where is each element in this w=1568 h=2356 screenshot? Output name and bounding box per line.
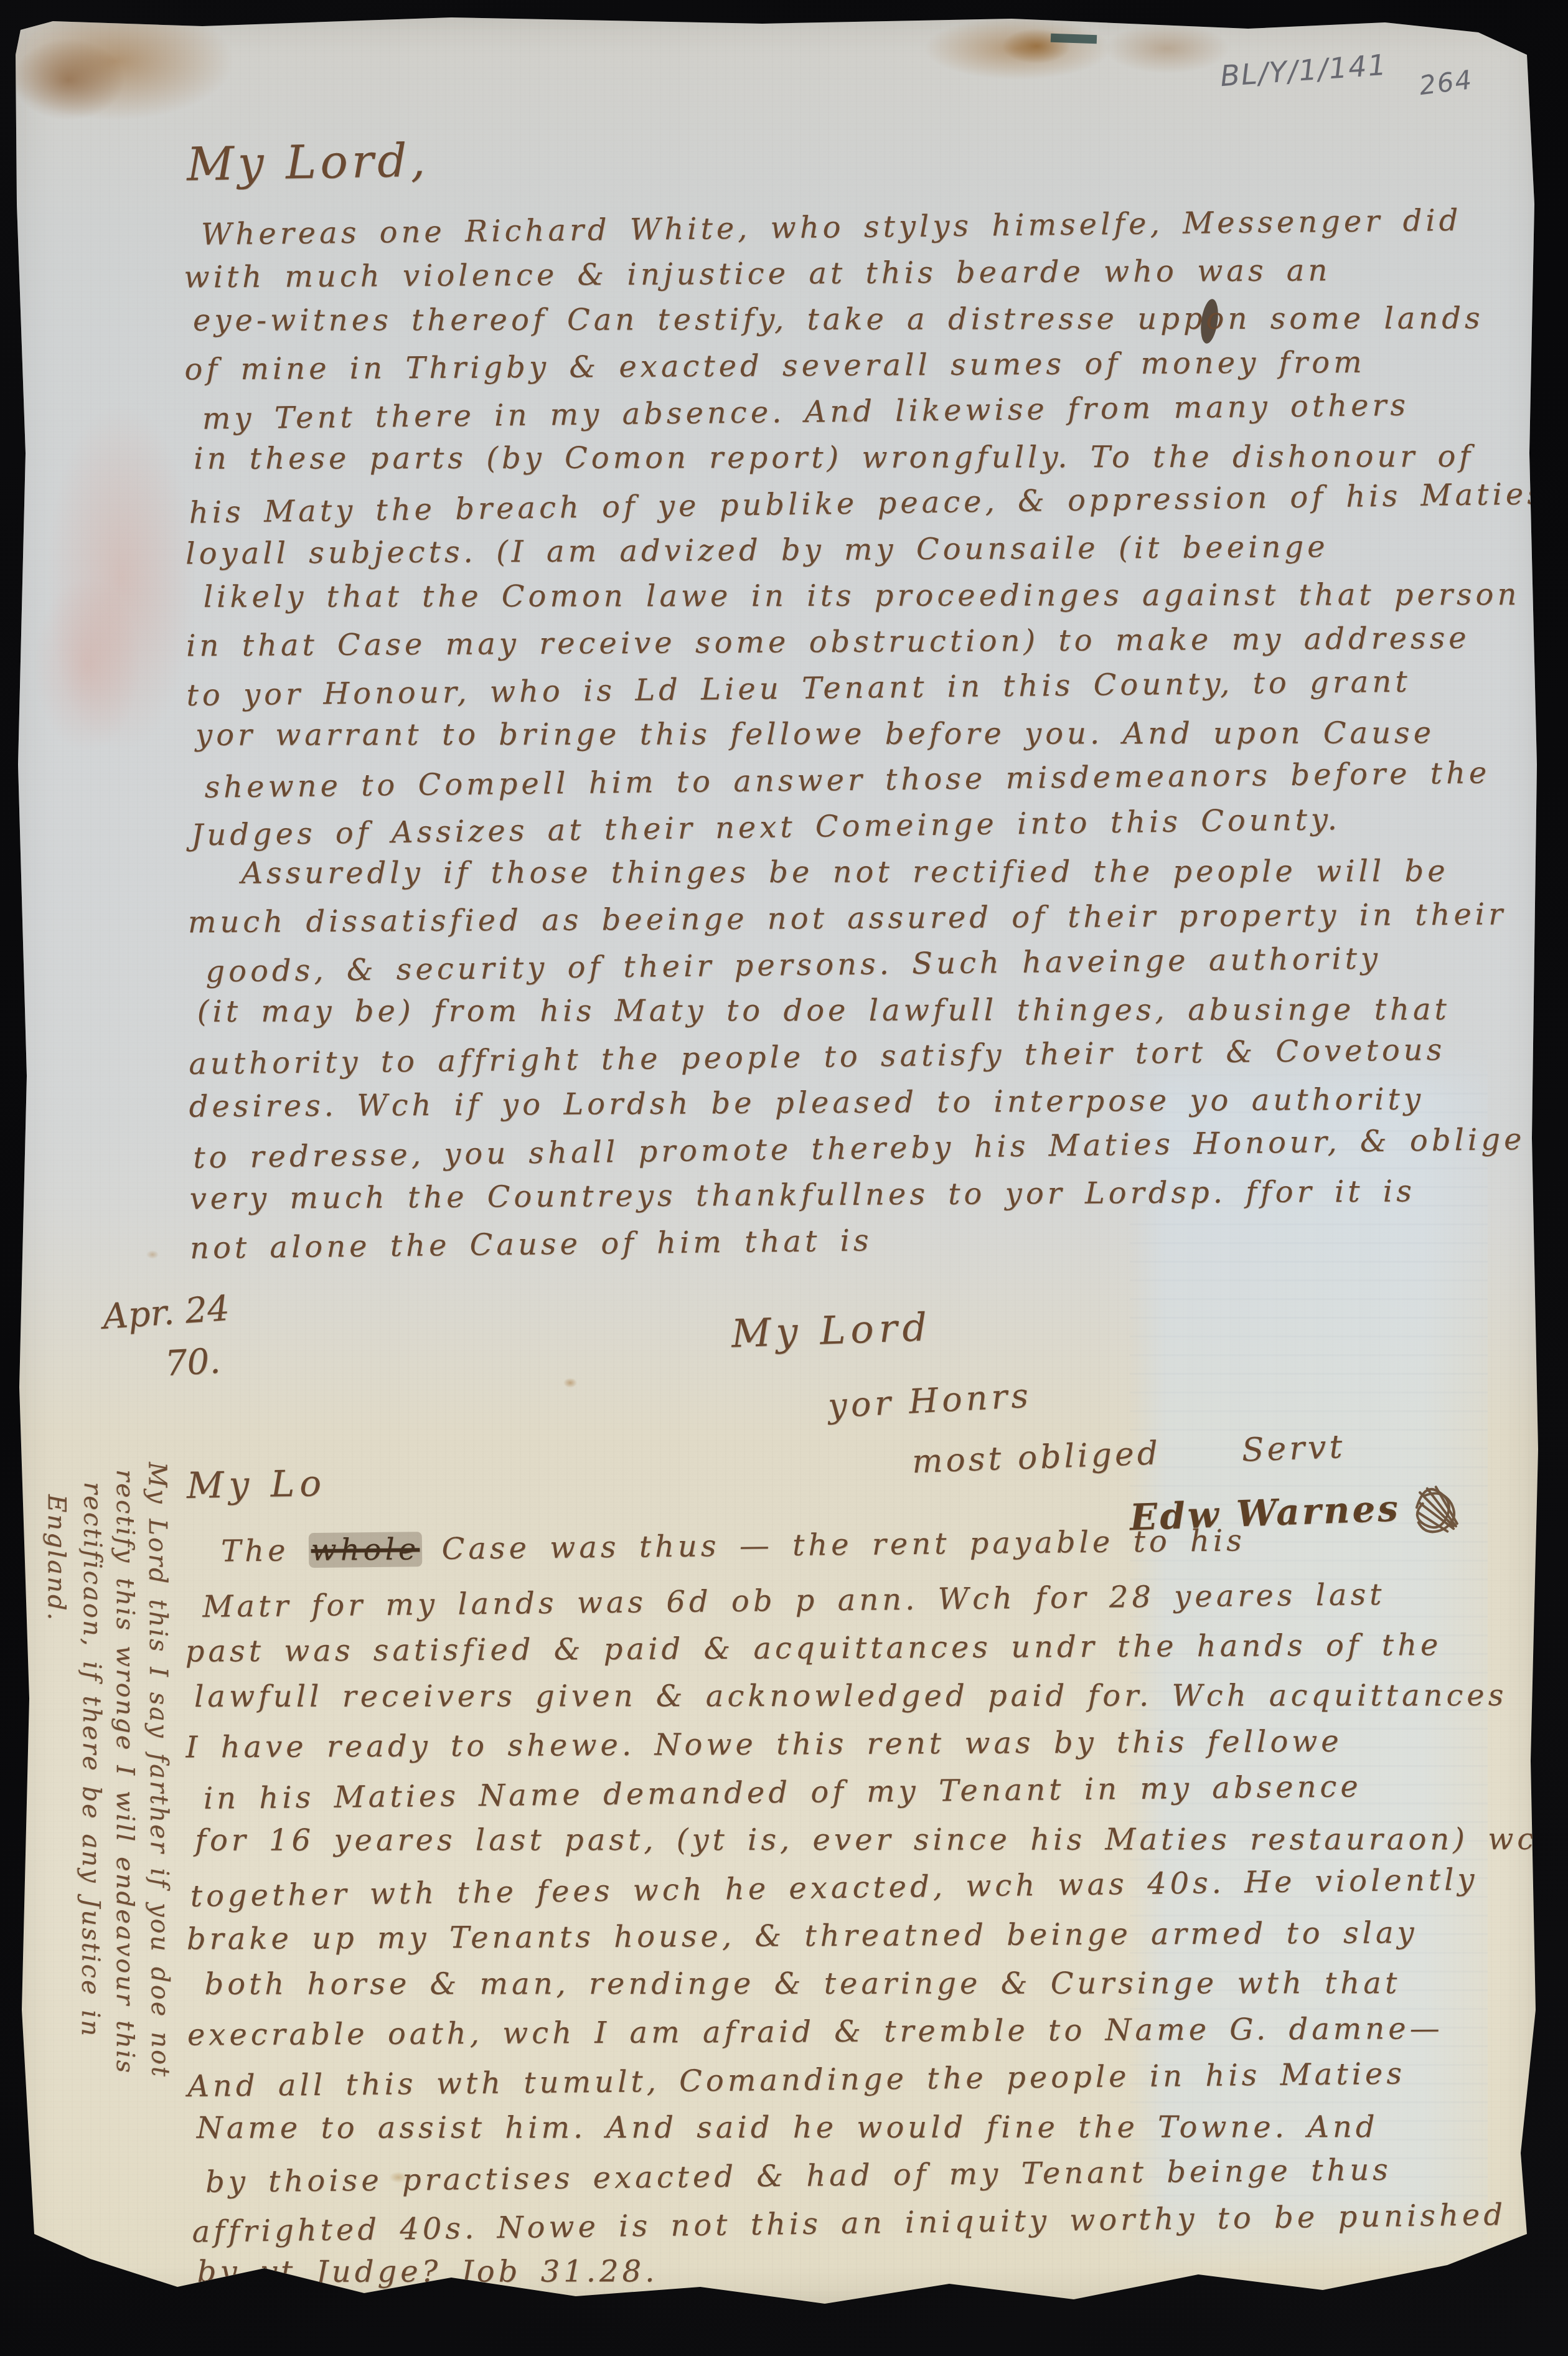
struck-out-word: whole	[308, 1532, 422, 1568]
postscript-body: Matr for my lands was 6d ob p ann. Wch f…	[185, 1573, 1502, 2299]
letter-body: Whereas one Richard White, who stylys hi…	[184, 200, 1503, 1268]
closing-obliged-text: most obliged	[911, 1435, 1162, 1481]
postscript-first-line: The whole Case was thus — the rent payab…	[221, 1523, 1246, 1568]
postscript-line: lawfull receivers given & acknowledged p…	[194, 1672, 1499, 1721]
archival-reference: BL/Y/1/141	[1219, 48, 1388, 93]
closing-honour-line: yor Honrs	[827, 1375, 1033, 1425]
closing-servant-text: Servt	[1241, 1428, 1346, 1469]
red-smudge-left-margin	[47, 403, 196, 752]
archival-folio-number: 264	[1417, 64, 1475, 101]
foxing-spot	[563, 1378, 577, 1388]
ps-first-pre: The	[221, 1533, 309, 1568]
stain-top-middle	[924, 17, 1111, 80]
photo-background: BL/Y/1/141 264 My Lord, Whereas one Rich…	[0, 0, 1568, 2356]
letter-body-line: (it may be) from his Maty to doe lawfull…	[197, 986, 1502, 1035]
date-year: 70.	[164, 1341, 221, 1385]
closing-obliged-line: most obliged Servt	[911, 1428, 1346, 1481]
postscript-line: for 16 yeares last past, (yt is, ever si…	[195, 1816, 1500, 1865]
margin-note-line: rectify this wronge I will endeavour thi…	[108, 1469, 142, 2304]
signature-flourish-knot-icon	[1408, 1476, 1465, 1538]
postscript-line: both horse & man, rendinge & tearinge & …	[204, 1959, 1500, 2009]
letter-body-line: eye-witnes thereof Can testify, take a d…	[193, 295, 1498, 344]
margin-note-vertical: My Lord this I say farther if you doe no…	[39, 1444, 176, 2304]
postscript-line: by yt Judge? Job 31.28.	[197, 2247, 1502, 2296]
manuscript-page: BL/Y/1/141 264 My Lord, Whereas one Rich…	[16, 17, 1538, 2304]
ps-first-post: Case was thus — the rent payable to his	[422, 1523, 1246, 1567]
closing-salutation: My Lord	[731, 1304, 932, 1356]
stain-top-left	[0, 2, 233, 120]
margin-note-line: England.	[39, 1494, 73, 2304]
letter-body-line: likely that the Comon lawe in its procee…	[204, 572, 1500, 620]
letter-body-line: Assuredly if those thinges be not rectif…	[241, 848, 1501, 897]
top-edge-artifact	[1051, 34, 1097, 44]
stain-top-left-dark	[12, 39, 124, 120]
letter-salutation: My Lord,	[186, 134, 430, 192]
date-month-day: Apr. 24	[101, 1288, 231, 1337]
postscript-salutation: My Lo	[186, 1462, 326, 1507]
postscript-line: Name to assist him. And said he would fi…	[197, 2103, 1501, 2152]
margin-note-line: My Lord this I say farther if you doe no…	[139, 1462, 178, 2304]
letter-body-line: yor warrant to bringe this fellowe befor…	[195, 710, 1500, 758]
margin-note-line: rectificaon, if there be any Justice in	[72, 1482, 110, 2304]
stain-top-right	[1105, 24, 1229, 73]
red-smudge-left-margin-2	[34, 578, 140, 752]
foxing-spot	[146, 1250, 159, 1259]
postscript-line: in his Maties Name demanded of my Tenant…	[203, 1761, 1500, 1823]
